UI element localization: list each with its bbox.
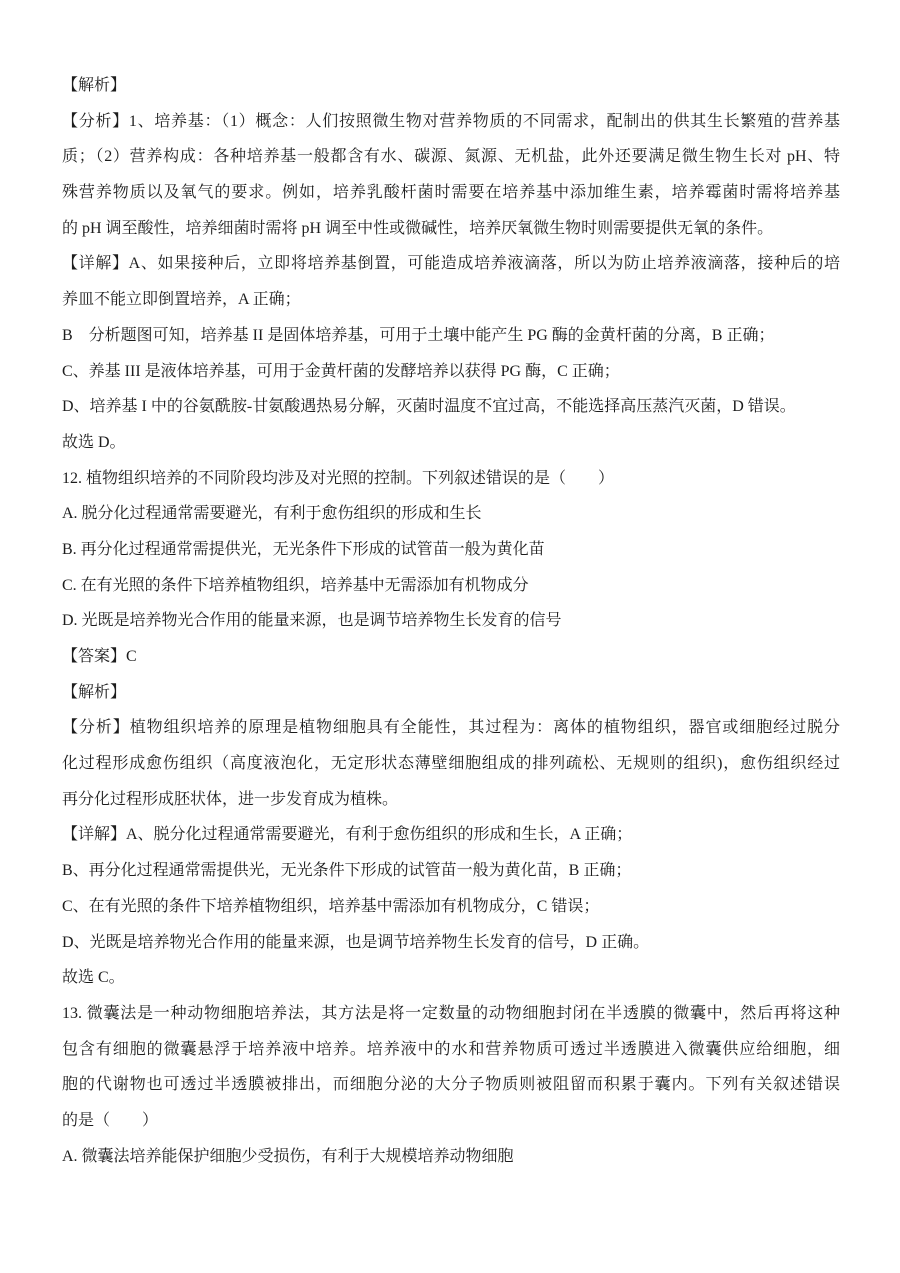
q13-stem-line-3: 胞的代谢物也可透过半透膜被排出，而细胞分泌的大分子物质则被阻留而积累于囊内。下列… bbox=[62, 1067, 840, 1103]
q11-detail-a-line-1: 【详解】A、如果接种后，立即将培养基倒置，可能造成培养液滴落，所以为防止培养液滴… bbox=[62, 246, 840, 282]
q12-option-a: A. 脱分化过程通常需要避光，有利于愈伤组织的形成和生长 bbox=[62, 496, 840, 532]
q12-detail-c: C、在有光照的条件下培养植物组织，培养基中需添加有机物成分，C 错误； bbox=[62, 889, 840, 925]
q13-option-a: A. 微囊法培养能保护细胞少受损伤，有利于大规模培养动物细胞 bbox=[62, 1139, 840, 1175]
q11-analysis-line-3: 殊营养物质以及氧气的要求。例如，培养乳酸杆菌时需要在培养基中添加维生素，培养霉菌… bbox=[62, 175, 840, 211]
q12-stem: 12. 植物组织培养的不同阶段均涉及对光照的控制。下列叙述错误的是（ ） bbox=[62, 461, 840, 497]
q11-conclusion: 故选 D。 bbox=[62, 425, 840, 461]
q11-analysis-line-4: 的 pH 调至酸性，培养细菌时需将 pH 调至中性或微碱性，培养厌氧微生物时则需… bbox=[62, 211, 840, 247]
q12-detail-a: 【详解】A、脱分化过程通常需要避光，有利于愈伤组织的形成和生长，A 正确； bbox=[62, 817, 840, 853]
q12-option-b: B. 再分化过程通常需提供光，无光条件下形成的试管苗一般为黄化苗 bbox=[62, 532, 840, 568]
q13-stem-line-1: 13. 微囊法是一种动物细胞培养法，其方法是将一定数量的动物细胞封闭在半透膜的微… bbox=[62, 996, 840, 1032]
q12-option-c: C. 在有光照的条件下培养植物组织，培养基中无需添加有机物成分 bbox=[62, 568, 840, 604]
q11-explain-header: 【解析】 bbox=[62, 68, 840, 104]
q12-analysis-line-3: 再分化过程形成胚状体，进一步发育成为植株。 bbox=[62, 782, 840, 818]
q12-detail-b: B、再分化过程通常需提供光，无光条件下形成的试管苗一般为黄化苗，B 正确； bbox=[62, 853, 840, 889]
q12-answer: 【答案】C bbox=[62, 639, 840, 675]
q12-analysis-line-1: 【分析】植物组织培养的原理是植物细胞具有全能性，其过程为：离体的植物组织，器官或… bbox=[62, 710, 840, 746]
q11-analysis-line-2: 质；（2）营养构成：各种培养基一般都含有水、碳源、氮源、无机盐，此外还要满足微生… bbox=[62, 139, 840, 175]
q13-stem-line-4: 的是（ ） bbox=[62, 1103, 840, 1139]
document-page: 【解析】 【分析】1、培养基：（1）概念：人们按照微生物对营养物质的不同需求，配… bbox=[62, 68, 840, 1174]
q12-conclusion: 故选 C。 bbox=[62, 960, 840, 996]
q13-stem-line-2: 包含有细胞的微囊悬浮于培养液中培养。培养液中的水和营养物质可透过半透膜进入微囊供… bbox=[62, 1032, 840, 1068]
q11-detail-b: B 分析题图可知，培养基 II 是固体培养基，可用于土壤中能产生 PG 酶的金黄… bbox=[62, 318, 840, 354]
q11-detail-d: D、培养基 I 中的谷氨酰胺-甘氨酸遇热易分解，灭菌时温度不宜过高，不能选择高压… bbox=[62, 389, 840, 425]
q12-explain-header: 【解析】 bbox=[62, 675, 840, 711]
q12-detail-d: D、光既是培养物光合作用的能量来源，也是调节培养物生长发育的信号，D 正确。 bbox=[62, 925, 840, 961]
q11-detail-a-line-2: 养皿不能立即倒置培养，A 正确； bbox=[62, 282, 840, 318]
q11-analysis-line-1: 【分析】1、培养基：（1）概念：人们按照微生物对营养物质的不同需求，配制出的供其… bbox=[62, 104, 840, 140]
q12-analysis-line-2: 化过程形成愈伤组织（高度液泡化，无定形状态薄壁细胞组成的排列疏松、无规则的组织)… bbox=[62, 746, 840, 782]
q11-detail-c: C、养基 III 是液体培养基，可用于金黄杆菌的发酵培养以获得 PG 酶，C 正… bbox=[62, 354, 840, 390]
q12-option-d: D. 光既是培养物光合作用的能量来源，也是调节培养物生长发育的信号 bbox=[62, 603, 840, 639]
